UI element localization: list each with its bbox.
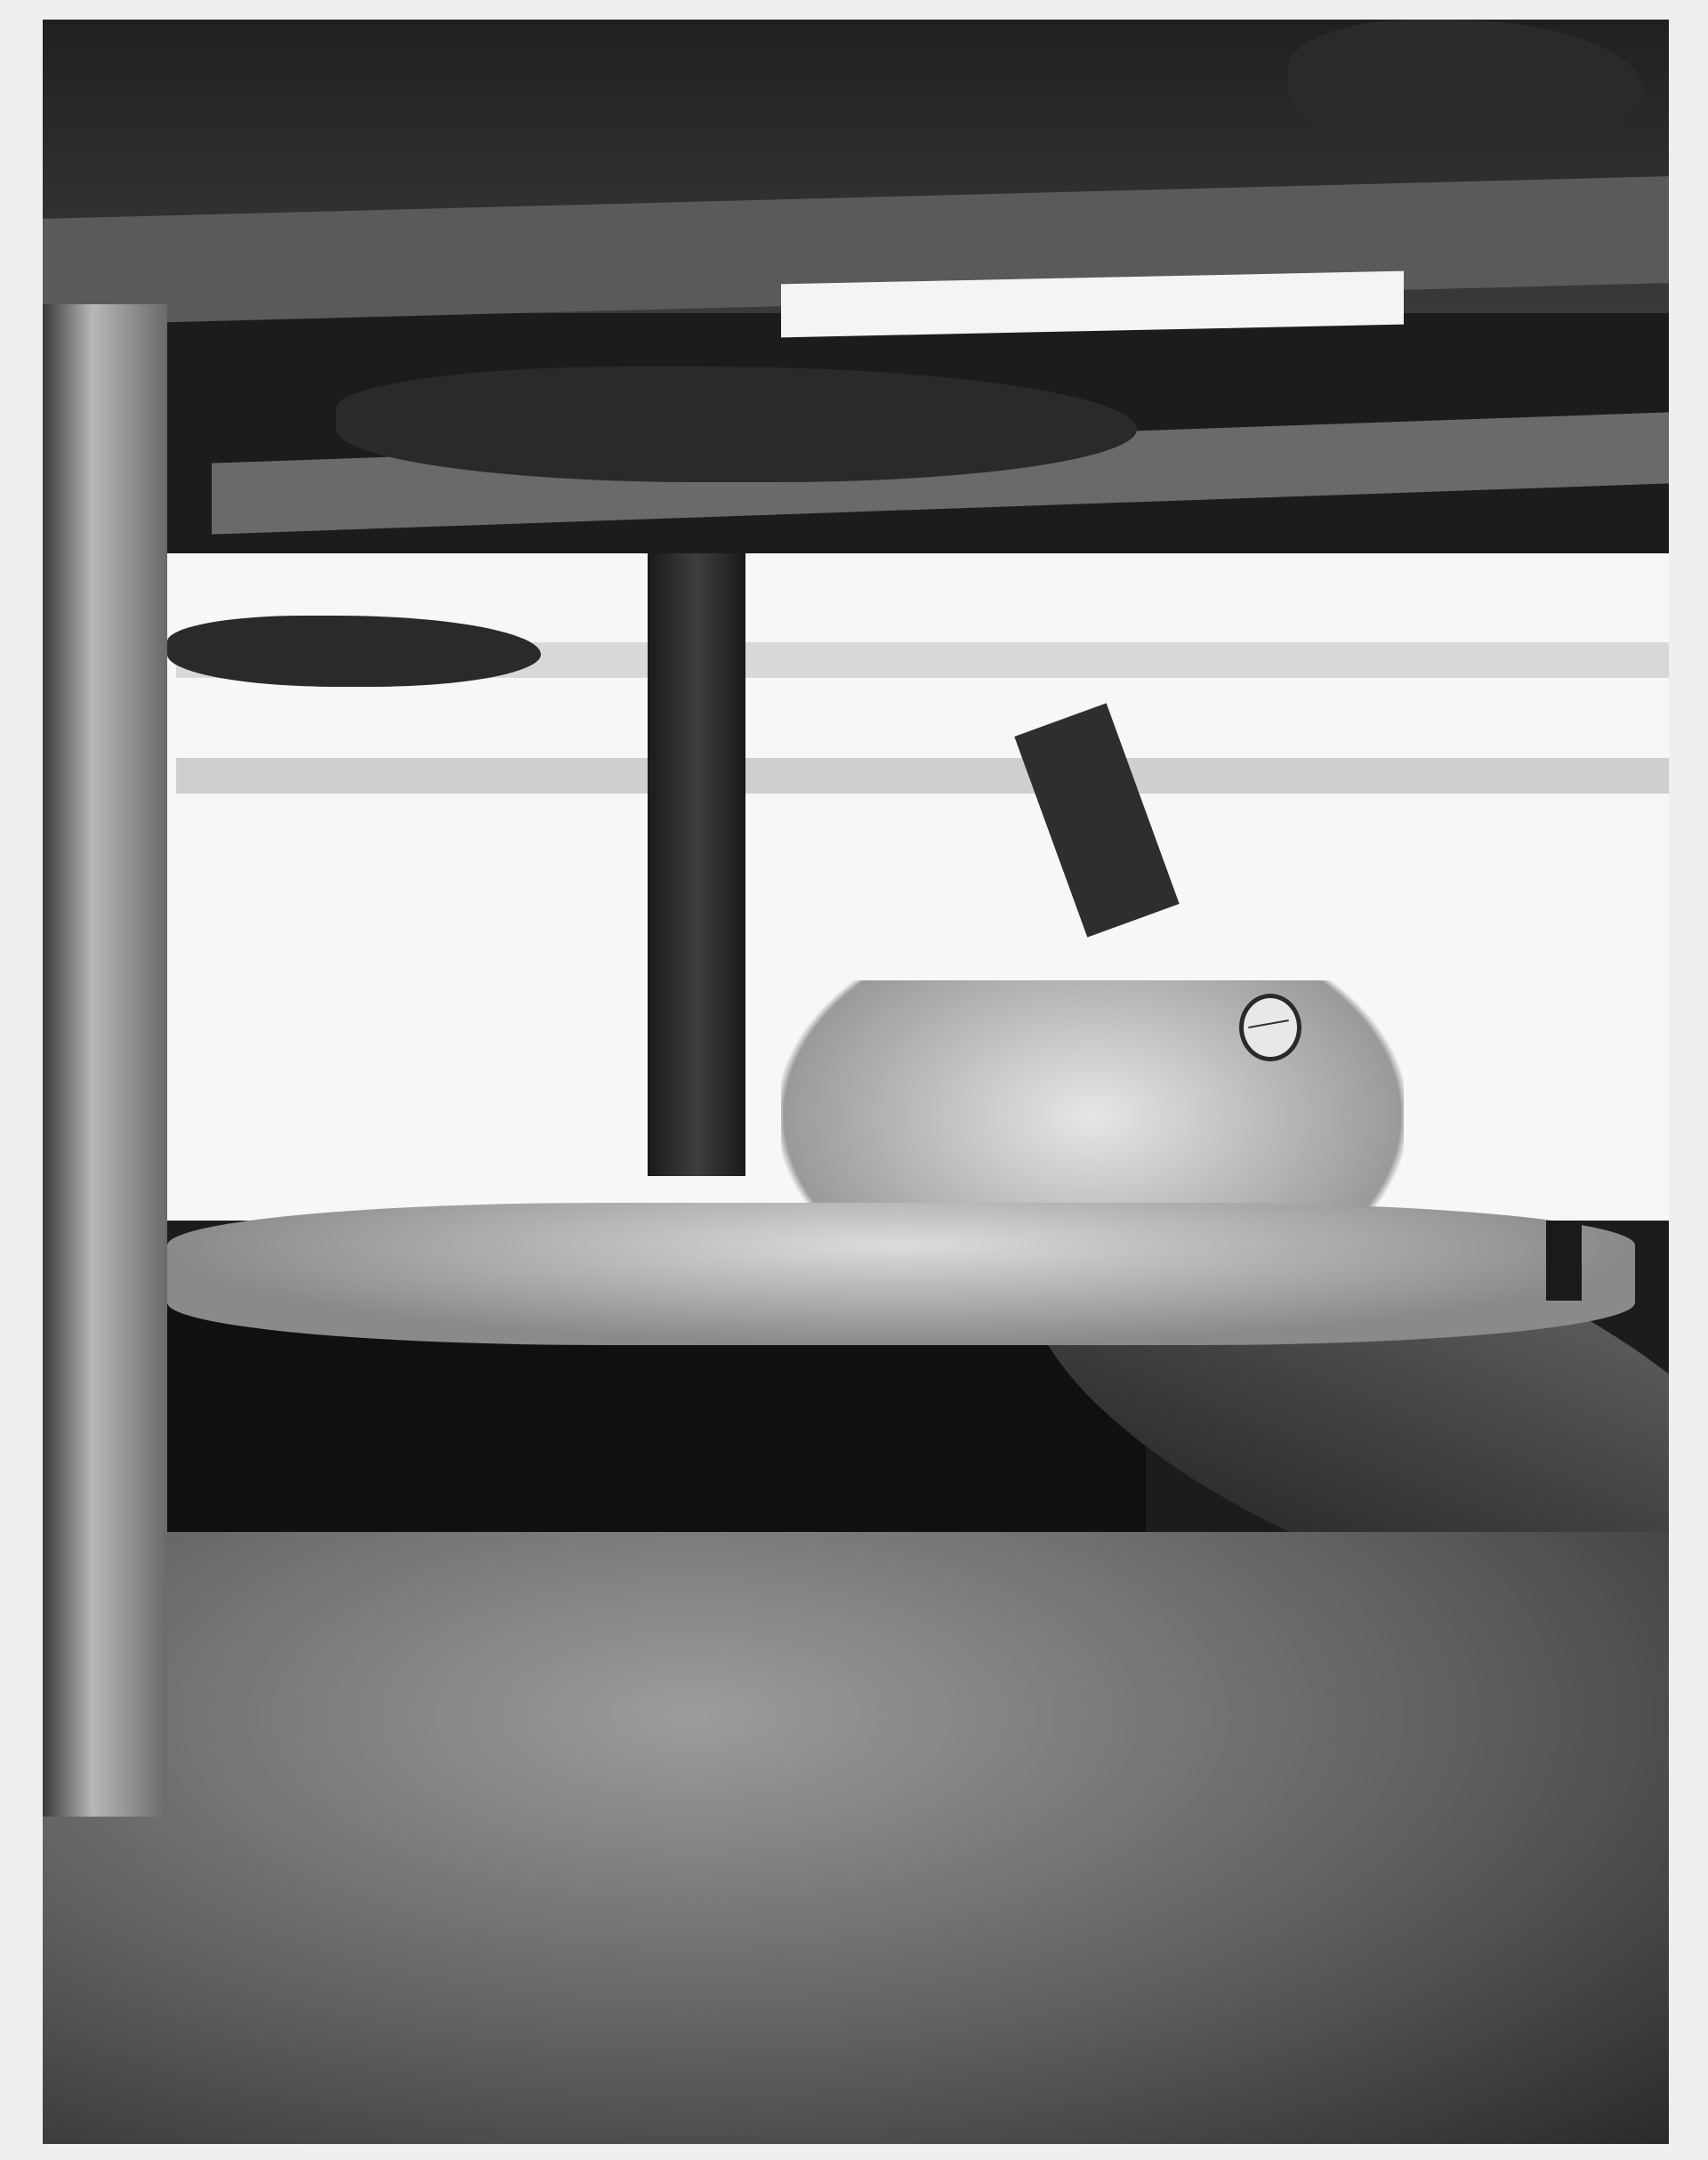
debris-covered-floor <box>43 1532 1669 2144</box>
left-wall-post <box>43 304 167 1817</box>
photograph <box>43 20 1669 2144</box>
vertical-column <box>648 553 745 1176</box>
horizontal-pipe <box>176 758 1669 794</box>
hanging-debris <box>336 367 1137 482</box>
debris-ledge <box>167 1203 1635 1345</box>
valve-fitting <box>1546 1221 1582 1301</box>
